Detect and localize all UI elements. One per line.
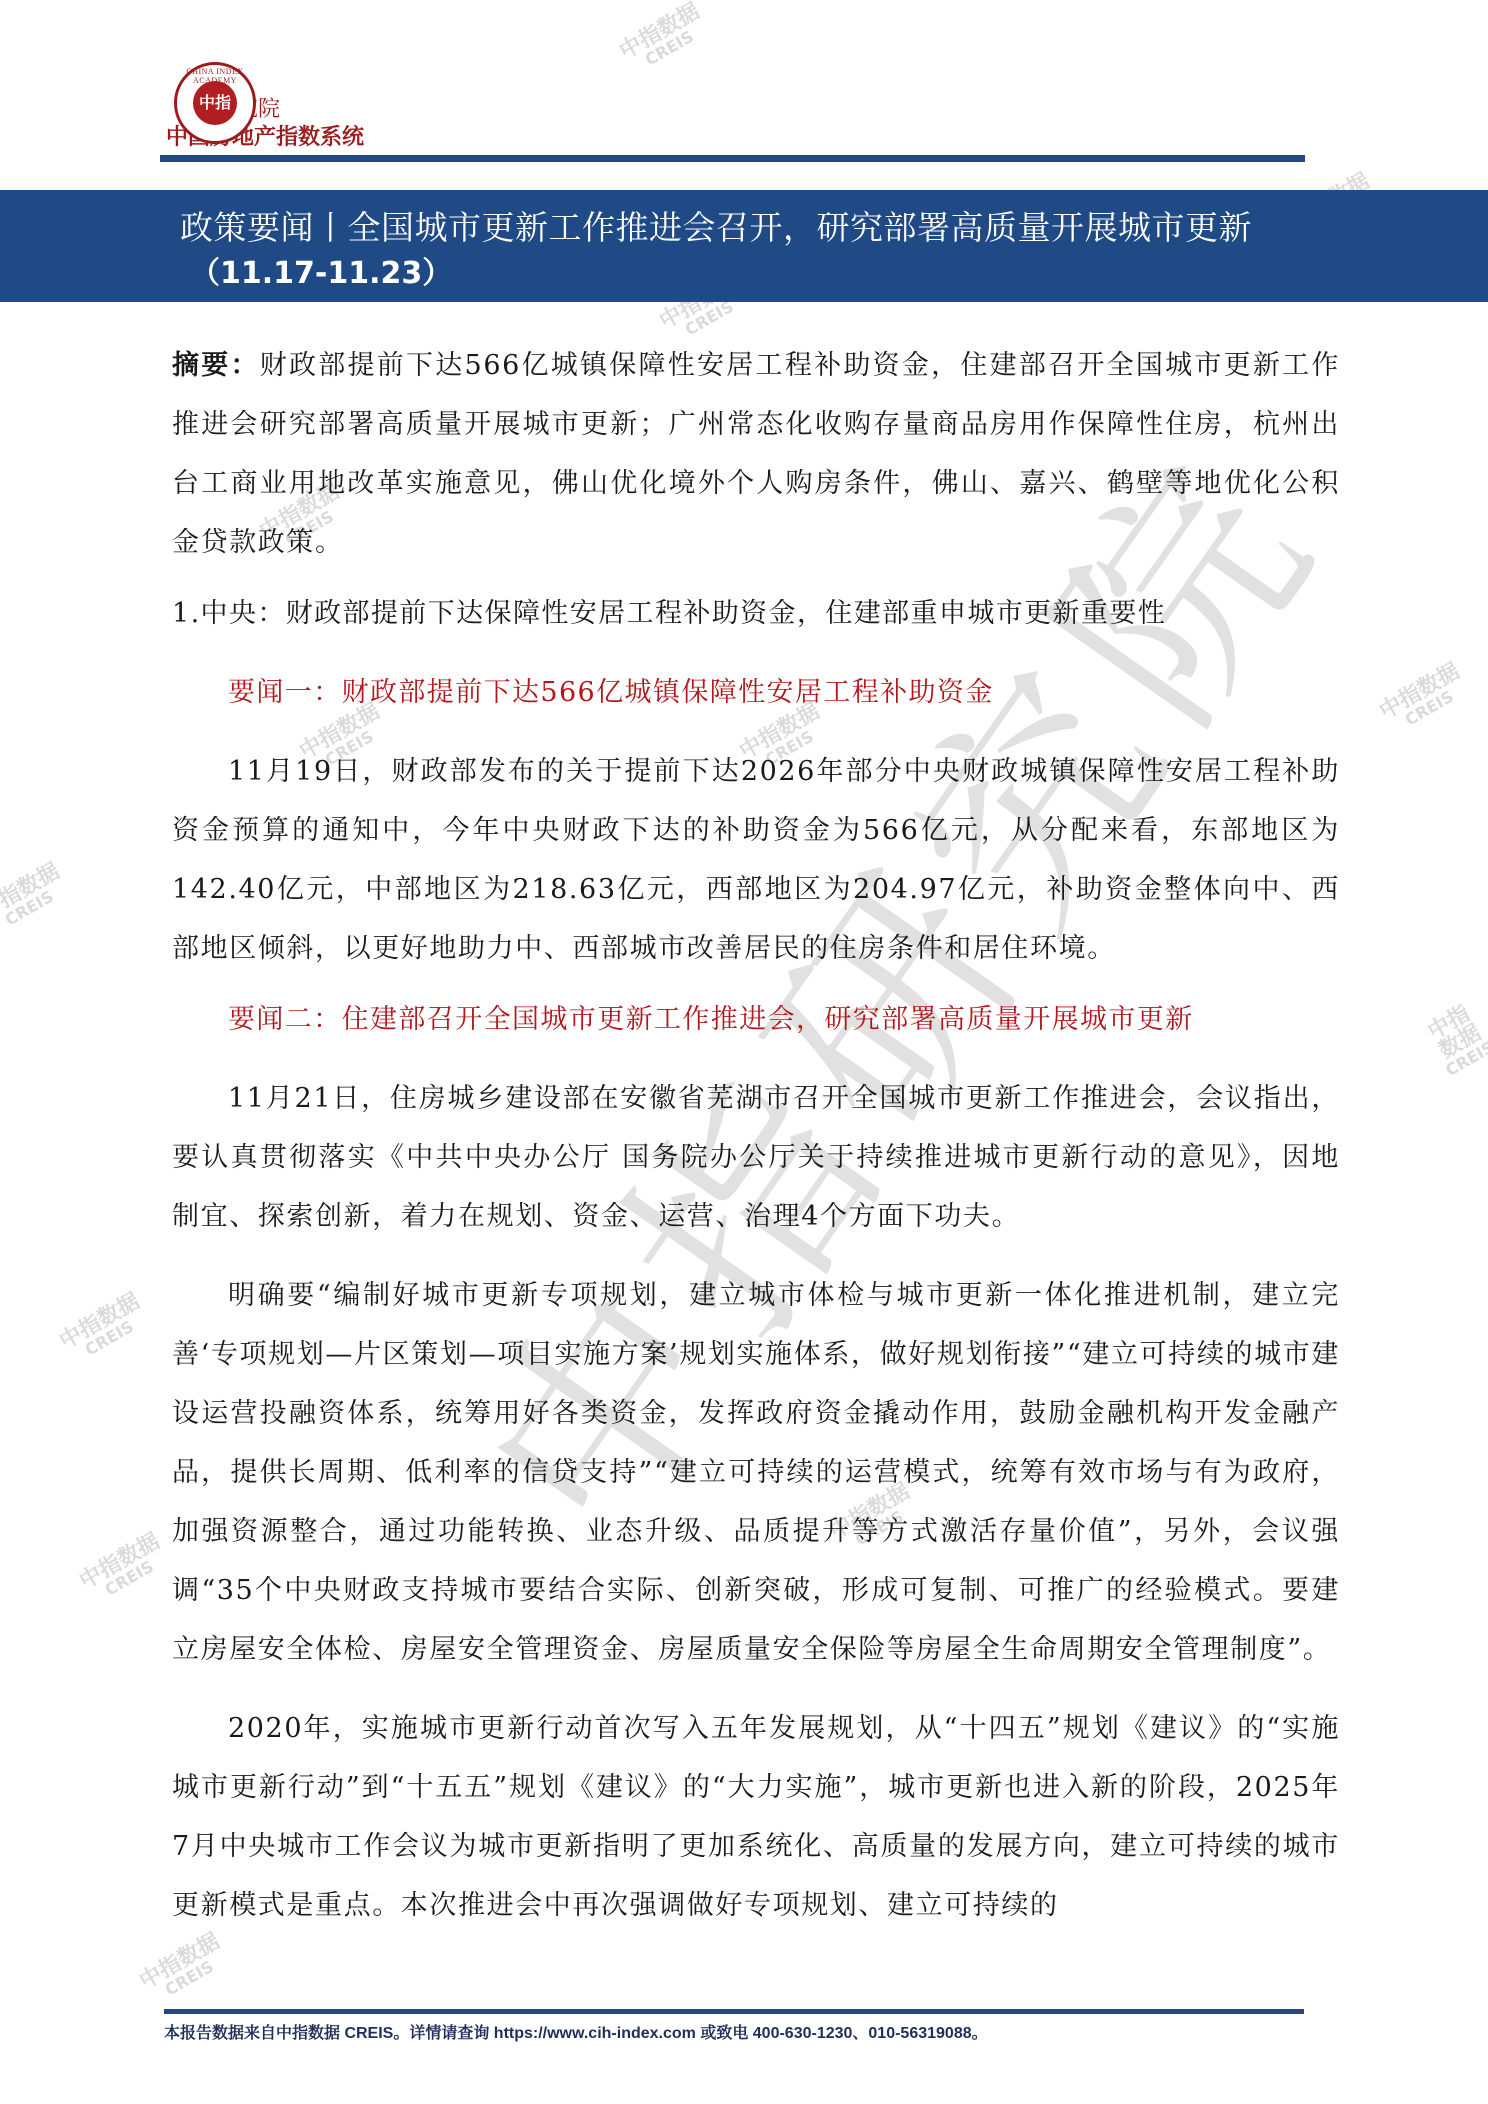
watermark: 中指数据CREIS xyxy=(616,1,711,78)
news2-paragraph-1: 11月21日，住房城乡建设部在安徽省芜湖市召开全国城市更新工作推进会，会议指出，… xyxy=(172,1069,1340,1246)
logo: 究院 中国房地产指数系统 CHINA INDEX ACADEMY 中指 xyxy=(166,56,506,156)
summary-paragraph: 摘要：财政部提前下达566亿城镇保障性安居工程补助资金，住建部召开全国城市更新工… xyxy=(172,336,1340,572)
seal-icon: CHINA INDEX ACADEMY 中指 xyxy=(174,62,256,144)
summary-label: 摘要： xyxy=(172,350,260,381)
footer-divider xyxy=(164,2009,1304,2014)
watermark: 中指数据CREIS xyxy=(1376,661,1471,738)
page-title: 政策要闻丨全国城市更新工作推进会召开，研究部署高质量开展城市更新 xyxy=(180,202,1252,249)
news-heading-2: 要闻二：住建部召开全国城市更新工作推进会，研究部署高质量开展城市更新 xyxy=(172,990,1340,1049)
watermark: 中指数据CREIS xyxy=(136,1931,231,2008)
news-heading-1: 要闻一：财政部提前下达566亿城镇保障性安居工程补助资金 xyxy=(172,663,1340,722)
footer-source-note: 本报告数据来自中指数据 CREIS。详情请查询 https://www.cih-… xyxy=(164,2020,988,2043)
page-title-date-range: （11.17-11.23） xyxy=(190,248,452,292)
document-body: 摘要：财政部提前下达566亿城镇保障性安居工程补助资金，住建部召开全国城市更新工… xyxy=(172,336,1340,1935)
section-heading: 1.中央：财政部提前下达保障性安居工程补助资金，住建部重申城市更新重要性 xyxy=(172,584,1340,643)
header-divider xyxy=(160,155,1305,162)
news1-paragraph: 11月19日，财政部发布的关于提前下达2026年部分中央财政城镇保障性安居工程补… xyxy=(172,742,1340,978)
watermark: 中指数据CREIS xyxy=(0,861,72,938)
watermark: 中指数据CREIS xyxy=(76,1531,171,1608)
watermark: 中指数据CREIS xyxy=(56,1291,151,1368)
news2-paragraph-3: 2020年，实施城市更新行动首次写入五年发展规划，从“十四五”规划《建议》的“实… xyxy=(172,1699,1340,1935)
title-banner: 政策要闻丨全国城市更新工作推进会召开，研究部署高质量开展城市更新 （11.17-… xyxy=(0,190,1488,302)
news2-paragraph-2: 明确要“编制好城市更新专项规划，建立城市体检与城市更新一体化推进机制，建立完善‘… xyxy=(172,1266,1340,1679)
summary-text: 财政部提前下达566亿城镇保障性安居工程补助资金，住建部召开全国城市更新工作推进… xyxy=(172,350,1340,558)
watermark: 中指数据CREIS xyxy=(1419,1000,1488,1081)
